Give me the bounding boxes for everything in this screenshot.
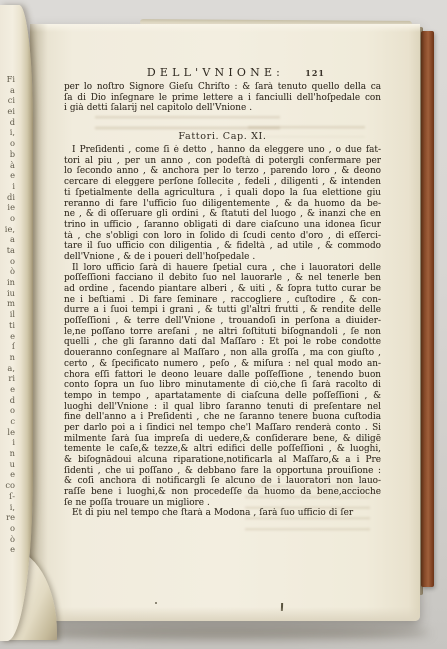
facing-page-text-fragment: ò — [0, 534, 15, 545]
text-line: doueranno conſegnare al Maſſaro , non al… — [64, 348, 381, 359]
facing-page-text-fragment: le — [0, 427, 15, 438]
text-line: fine dell'anno a i Preſidenti , che ne ſ… — [64, 412, 381, 423]
text-line: temente le caſe,& tezze,& altri edifici … — [64, 444, 381, 455]
facing-page-text-fragment: e — [0, 469, 15, 480]
facing-page-text-fragment: d — [0, 117, 15, 128]
facing-page-text-fragment: e — [0, 331, 15, 342]
text-line: ad ordine , facendo piantare alberi , & … — [64, 284, 381, 295]
facing-page-text-fragment: il — [0, 309, 15, 320]
facing-page-text-fragment: i — [0, 181, 15, 192]
facing-page-text-fragment: i, — [0, 502, 15, 513]
facing-page-text-fragment: e — [0, 170, 15, 181]
facing-page-text-fragment: e — [0, 544, 15, 555]
facing-page-text-fragment: m — [0, 298, 15, 309]
facing-page-text-fragment: ie, — [0, 224, 15, 235]
facing-page-text-fragment: ti — [0, 320, 15, 331]
text-line: lo ſecondo anno , & anchora per lo terzo… — [64, 166, 381, 177]
text-line: raſſe bene i luoghi,& non procedeſſe da … — [64, 487, 381, 498]
text-line: tare il ſuo ufficio con diligentia , & f… — [64, 241, 381, 252]
text-line: Il loro ufficio ſarà di hauere ſpetial c… — [64, 263, 381, 274]
text-line: ſa di Dio inſegnare le prime lettere a i… — [64, 93, 381, 104]
text-line: per darlo poi a i ſindici nel tempo che'… — [64, 423, 381, 434]
facing-page-text-fragment: Fi — [0, 74, 15, 85]
facing-page-text-fragment: ſ- — [0, 491, 15, 502]
facing-page-text-fragment: o — [0, 405, 15, 416]
facing-page-text-fragment: ie — [0, 202, 15, 213]
paragraph: I Preſidenti , come ſi è detto , hanno d… — [64, 145, 381, 263]
text-line: le,ne poſſano torre areſani , ne altri ſ… — [64, 327, 381, 338]
facing-page-text-fragment: ò — [0, 266, 15, 277]
facing-page-text-fragment: à — [0, 160, 15, 171]
text-line: chora eſſi fattori le deono leuare dalle… — [64, 370, 381, 381]
facing-page-text-fragment: in — [0, 277, 15, 288]
book-shadow — [14, 626, 430, 640]
facing-page-text-fragment: ri — [0, 373, 15, 384]
text-line: durre a i ſuoi tempi i grani , & tutti g… — [64, 305, 381, 316]
facing-page-fragments: Fiacieidi,obàeidiieoie,ataoòiniumiltieſn… — [0, 74, 15, 566]
text-line: ne i beſtiami . Di fare ſeminare , racco… — [64, 295, 381, 306]
running-header-title: DELL'VNIONE: — [147, 66, 284, 79]
text-line: tempo in tempo , apartatamente di ciaſcu… — [64, 391, 381, 402]
facing-page-text-fragment — [0, 555, 15, 566]
facing-page-text-fragment: n — [0, 352, 15, 363]
text-line: ſidenti , che ui poſſano , & debbano far… — [64, 466, 381, 477]
text-block: DELL'VNIONE: 121 per lo noſtro Signore G… — [64, 66, 381, 519]
facing-page-text-fragment: e — [0, 384, 15, 395]
text-line: trino in ufficio , ſaranno obligati di d… — [64, 220, 381, 231]
chapter-heading: Fattori. Cap. XI. — [64, 131, 381, 143]
facing-page-text-fragment: u — [0, 459, 15, 470]
facing-page-text-fragment: d — [0, 395, 15, 406]
facing-page-text-fragment: ci — [0, 95, 15, 106]
text-line: cercare di eleggere perſone ſollecite , … — [64, 177, 381, 188]
text-line: certo , & ſpecificato numero , peſo , & … — [64, 359, 381, 370]
facing-page-text-fragment: ſ — [0, 341, 15, 352]
facing-page-text-fragment: ei — [0, 106, 15, 117]
text-line: i già detti ſalarij nel capitolo dell'Vn… — [64, 103, 381, 114]
photo-backdrop: DELL'VNIONE: 121 per lo noſtro Signore G… — [0, 0, 447, 649]
text-line: quelli , che gli ſaranno dati dal Maſſar… — [64, 337, 381, 348]
text-line: per lo noſtro Signore Gieſu Chriſto : & … — [64, 82, 381, 93]
facing-page-text-fragment: i — [0, 437, 15, 448]
text-line: ſe ne poſſa trouare un migliore . — [64, 498, 381, 509]
facing-page-text-fragment: ta — [0, 245, 15, 256]
paragraph: per lo noſtro Signore Gieſu Chriſto : & … — [64, 82, 381, 114]
facing-page-text-fragment: b — [0, 149, 15, 160]
facing-page-text-fragment: a — [0, 234, 15, 245]
text-line: dell'Vnione , & de i poueri dell'hoſpeda… — [64, 252, 381, 263]
facing-page-edge: Fiacieidi,obàeidiieoie,ataoòiniumiltieſn… — [0, 5, 33, 641]
facing-page-text-fragment: o — [0, 256, 15, 267]
page-number: 121 — [305, 68, 325, 78]
facing-page-text-fragment: n — [0, 448, 15, 459]
text-line: tori al piu , per un anno , con podeſtà … — [64, 156, 381, 167]
text-line: ti ſpetialmente della agricultura , i qu… — [64, 188, 381, 199]
text-line: reranno di fare l'ufficio ſuo diligentem… — [64, 199, 381, 210]
text-line: ne , & di oſſeruare gli ordini , & ſtatu… — [64, 209, 381, 220]
facing-page-text-fragment: o — [0, 138, 15, 149]
facing-page-text-fragment: o — [0, 523, 15, 534]
facing-page-text-fragment: o — [0, 213, 15, 224]
running-header: DELL'VNIONE: 121 — [64, 66, 381, 79]
paper-mark — [281, 603, 283, 611]
text-line: luoghi dell'Vnione : il qual libro ſaran… — [64, 402, 381, 413]
text-line: tà , che s'obligi con loro in ſolido di … — [64, 231, 381, 242]
text-line: & biſognādoui alcuna riparatione,notific… — [64, 455, 381, 466]
book-page: DELL'VNIONE: 121 per lo noſtro Signore G… — [30, 24, 420, 621]
facing-page-text-fragment: re — [0, 512, 15, 523]
paragraph: Et di piu nel tempo che ſtarà a Modona ,… — [64, 508, 381, 519]
facing-page-text-fragment: di — [0, 192, 15, 203]
text-line: I Preſidenti , come ſi è detto , hanno d… — [64, 145, 381, 156]
text-line: Et di piu nel tempo che ſtarà a Modona ,… — [64, 508, 381, 519]
paragraph: Il loro ufficio ſarà di hauere ſpetial c… — [64, 263, 381, 509]
paper-speck — [155, 602, 157, 604]
facing-page-text-fragment: i, — [0, 127, 15, 138]
book-cover-edge — [421, 31, 434, 587]
text-line: conto ſopra un ſuo libro minutamente di … — [64, 380, 381, 391]
facing-page-text-fragment: a — [0, 85, 15, 96]
facing-page-text-fragment: co — [0, 480, 15, 491]
text-line: poſſeſſioni facciano il debito ſuo nel l… — [64, 273, 381, 284]
text-line: milmente ſarà ſua impreſa di uedere,& co… — [64, 434, 381, 445]
facing-page-text-fragment: c — [0, 416, 15, 427]
facing-page-text-fragment: iu — [0, 288, 15, 299]
text-line: poſſeſſioni , & terre dell'Vnione , trou… — [64, 316, 381, 327]
text-line: & coſi anchora di notificargli ſe alcuno… — [64, 476, 381, 487]
facing-page-text-fragment: a, — [0, 363, 15, 374]
